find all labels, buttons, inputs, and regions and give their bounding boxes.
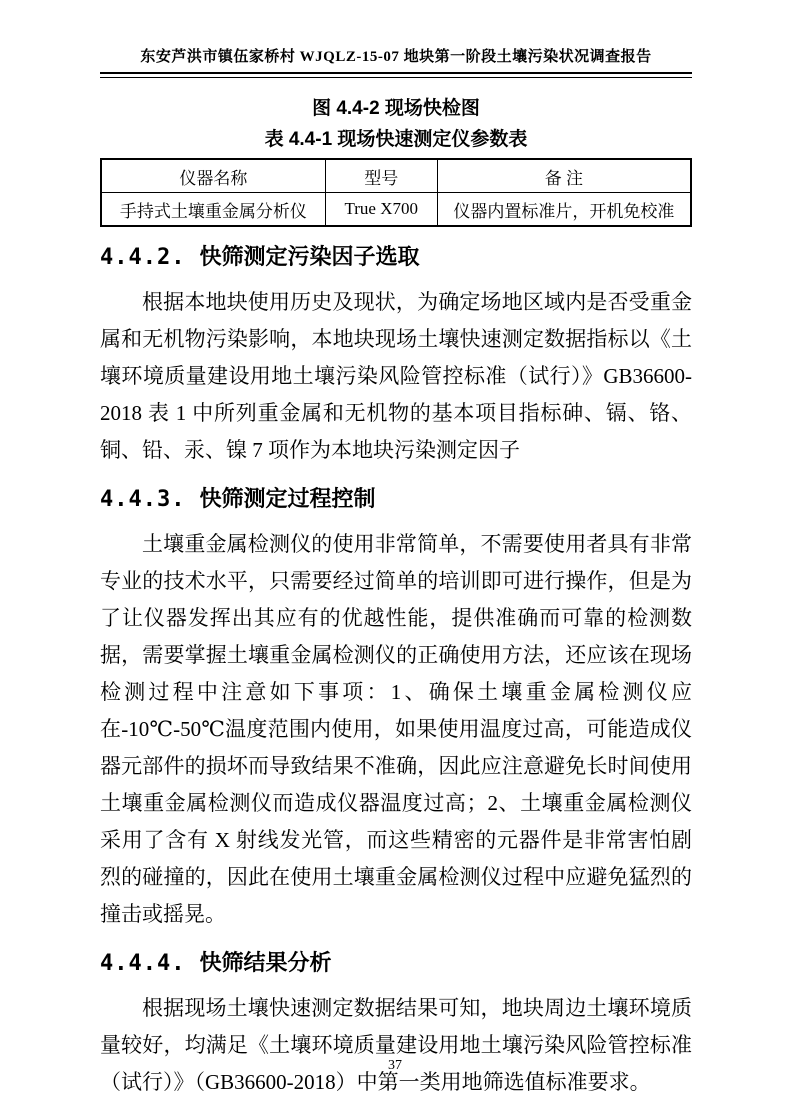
section-heading: 4.4.2.快筛测定污染因子选取	[100, 242, 692, 272]
table-header-instrument-name: 仪器名称	[101, 159, 325, 193]
section-number: 4.4.2.	[100, 245, 185, 270]
section-title: 快筛结果分析	[199, 950, 331, 975]
section-4-4-2: 4.4.2.快筛测定污染因子选取 根据本地块使用历史及现状，为确定场地区域内是否…	[100, 242, 692, 469]
section-number: 4.4.4.	[100, 951, 185, 976]
cell-instrument-name: 手持式土壤重金属分析仪	[101, 193, 325, 227]
section-title: 快筛测定过程控制	[199, 486, 375, 511]
table-row: 手持式土壤重金属分析仪 True X700 仪器内置标准片，开机免校准	[101, 193, 691, 227]
cell-model: True X700	[325, 193, 437, 227]
cell-remark: 仪器内置标准片，开机免校准	[437, 193, 691, 227]
table-header-remark: 备 注	[437, 159, 691, 193]
table-caption: 表 4.4-1 现场快速测定仪参数表	[100, 127, 692, 153]
instrument-parameter-table: 仪器名称 型号 备 注 手持式土壤重金属分析仪 True X700 仪器内置标准…	[100, 158, 692, 227]
header-double-rule	[100, 72, 692, 78]
section-body-text: 根据本地块使用历史及现状，为确定场地区域内是否受重金属和无机物污染影响，本地块现…	[100, 284, 692, 469]
section-number: 4.4.3.	[100, 487, 185, 512]
section-4-4-4: 4.4.4.快筛结果分析 根据现场土壤快速测定数据结果可知，地块周边土壤环境质量…	[100, 948, 692, 1101]
section-heading: 4.4.4.快筛结果分析	[100, 948, 692, 978]
page-footer: 37	[0, 1058, 790, 1074]
document-page: 东安芦洪市镇伍家桥村 WJQLZ-15-07 地块第一阶段土壤污染状况调查报告 …	[0, 0, 790, 1118]
table-header-row: 仪器名称 型号 备 注	[101, 159, 691, 193]
table-header-model: 型号	[325, 159, 437, 193]
section-body-text: 土壤重金属检测仪的使用非常简单，不需要使用者具有非常专业的技术水平，只需要经过简…	[100, 526, 692, 933]
section-4-4-3: 4.4.3.快筛测定过程控制 土壤重金属检测仪的使用非常简单，不需要使用者具有非…	[100, 484, 692, 933]
section-body-text: 根据现场土壤快速测定数据结果可知，地块周边土壤环境质量较好，均满足《土壤环境质量…	[100, 990, 692, 1101]
figure-caption: 图 4.4-2 现场快检图	[100, 97, 692, 121]
page-number: 37	[388, 1058, 402, 1073]
header-title: 东安芦洪市镇伍家桥村 WJQLZ-15-07 地块第一阶段土壤污染状况调查报告	[100, 46, 692, 68]
page-header: 东安芦洪市镇伍家桥村 WJQLZ-15-07 地块第一阶段土壤污染状况调查报告	[100, 46, 692, 78]
section-title: 快筛测定污染因子选取	[199, 244, 419, 269]
section-heading: 4.4.3.快筛测定过程控制	[100, 484, 692, 514]
